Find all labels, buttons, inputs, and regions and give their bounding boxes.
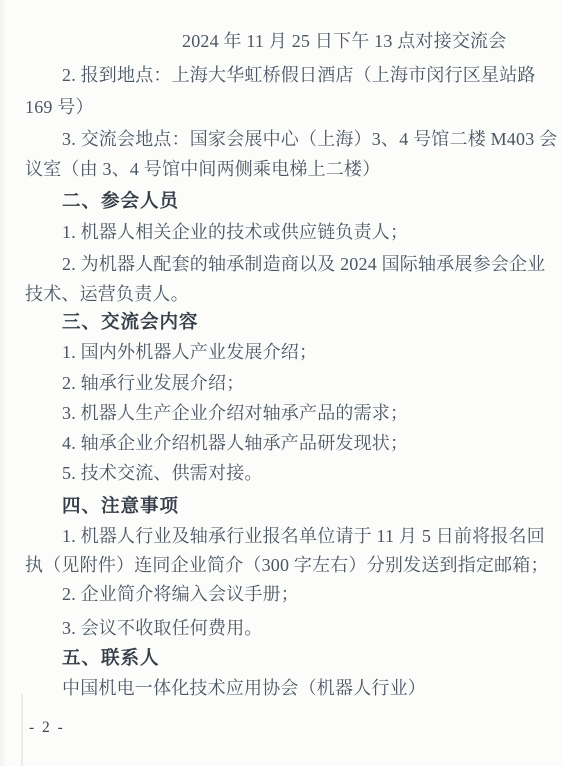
document-page: 2024 年 11 月 25 日下午 13 点对接交流会 2. 报到地点：上海大… [0, 0, 563, 766]
doc-line-note-2: 2. 企业简介将编入会议手册； [62, 583, 299, 605]
doc-line-agenda-5: 5. 技术交流、供需对接。 [62, 462, 263, 484]
section-heading-participants: 二、参会人员 [62, 190, 179, 212]
doc-line-agenda-1: 1. 国内外机器人产业发展介绍； [62, 341, 317, 363]
doc-line-meeting-venue: 3. 交流会地点：国家会展中心（上海）3、4 号馆二楼 M403 会 [62, 128, 557, 150]
doc-line-participant-1: 1. 机器人相关企业的技术或供应链负责人； [62, 221, 408, 243]
doc-line-note-1: 1. 机器人行业及轴承行业报名单位请于 11 月 5 日前将报名回 [62, 525, 545, 547]
section-heading-notes: 四、注意事项 [62, 495, 179, 517]
doc-line-agenda-3: 3. 机器人生产企业介绍对轴承产品的需求； [62, 402, 408, 424]
section-heading-agenda: 三、交流会内容 [62, 311, 199, 333]
doc-line-agenda-2: 2. 轴承行业发展介绍； [62, 372, 244, 394]
doc-line-participant-2-wrap: 技术、运营负责人。 [25, 283, 189, 305]
doc-line-participant-2: 2. 为机器人配套的轴承制造商以及 2024 国际轴承展参会企业 [62, 253, 545, 275]
doc-line-note-1-wrap: 执（见附件）连同企业简介（300 字左右）分别发送到指定邮箱； [25, 554, 549, 576]
page-number: - 2 - [29, 719, 65, 737]
doc-line-datetime: 2024 年 11 月 25 日下午 13 点对接交流会 [182, 30, 506, 52]
doc-line-checkin-venue: 2. 报到地点：上海大华虹桥假日酒店（上海市闵行区星站路 [62, 64, 536, 86]
section-heading-contacts: 五、联系人 [62, 647, 160, 669]
scan-crease-artifact [21, 694, 23, 766]
doc-line-note-3: 3. 会议不收取任何费用。 [62, 617, 263, 639]
doc-line-address-wrap: 169 号） [25, 96, 94, 118]
doc-line-association: 中国机电一体化技术应用协会（机器人行业） [62, 677, 426, 699]
doc-line-agenda-4: 4. 轴承企业介绍机器人轴承产品研发现状； [62, 432, 408, 454]
doc-line-venue-wrap: 议室（由 3、4 号馆中间两侧乘电梯上二楼） [25, 158, 380, 180]
